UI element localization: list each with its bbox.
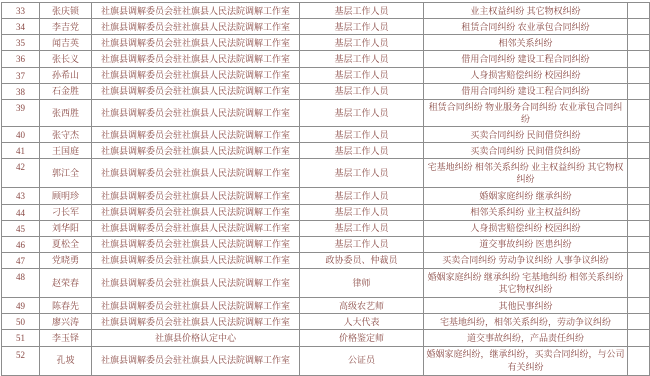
dispute-types: 业主权益纠纷 其它物权纠纷 — [424, 3, 628, 19]
role: 基层工作人员 — [300, 127, 424, 143]
role: 基层工作人员 — [300, 67, 424, 83]
mediator-name: 张西胜 — [40, 99, 92, 126]
empty-trailing-cell — [628, 51, 650, 67]
role: 基层工作人员 — [300, 236, 424, 252]
empty-trailing-cell — [628, 269, 650, 298]
table-row: 49 陈春先 社旗县调解委员会驻社旗县人民法院调解工作室 高级农艺师 其他民事纠… — [2, 298, 650, 314]
table-row: 36 张长义 社旗县调解委员会驻社旗县人民法院调解工作室 基层工作人员 借用合同… — [2, 51, 650, 67]
mediator-name: 张长义 — [40, 51, 92, 67]
mediator-name: 陈春先 — [40, 298, 92, 314]
mediator-table: 33 张庆锁 社旗县调解委员会驻社旗县人民法院调解工作室 基层工作人员 业主权益… — [1, 2, 650, 367]
table-row: 40 张守杰 社旗县调解委员会驻社旗县人民法院调解工作室 基层工作人员 买卖合同… — [2, 127, 650, 143]
mediator-name: 党晓勇 — [40, 252, 92, 268]
organization: 社旗县调解委员会驻社旗县人民法院调解工作室 — [92, 252, 300, 268]
table-row: 39 张西胜 社旗县调解委员会驻社旗县人民法院调解工作室 基层工作人员 租赁合同… — [2, 99, 650, 126]
organization: 社旗县调解委员会驻社旗县人民法院调解工作室 — [92, 83, 300, 99]
row-number: 48 — [2, 269, 40, 298]
dispute-types: 宅基地纠纷，相邻关系纠纷，劳动争议纠纷 — [424, 314, 628, 330]
empty-trailing-cell — [628, 330, 650, 346]
table-row: 37 孙希山 社旗县调解委员会驻社旗县人民法院调解工作室 基层工作人员 人身损害… — [2, 67, 650, 83]
empty-trailing-cell — [628, 19, 650, 35]
role: 基层工作人员 — [300, 143, 424, 159]
role: 律师 — [300, 269, 424, 298]
dispute-types: 婚姻家庭纠纷 继承纠纷 — [424, 188, 628, 204]
organization: 社旗县价格认定中心 — [92, 330, 300, 346]
role: 基层工作人员 — [300, 83, 424, 99]
role: 基层工作人员 — [300, 159, 424, 188]
mediator-name: 刘华阳 — [40, 220, 92, 236]
mediator-name: 李玉铎 — [40, 330, 92, 346]
empty-trailing-cell — [628, 159, 650, 188]
dispute-types: 借用合同纠纷 建设工程合同纠纷 — [424, 51, 628, 67]
empty-trailing-cell — [628, 35, 650, 51]
role: 基层工作人员 — [300, 220, 424, 236]
dispute-types: 租赁合同纠纷 物业服务合同纠纷 农业承包合同纠纷 — [424, 99, 628, 126]
role: 基层工作人员 — [300, 35, 424, 51]
row-number: 35 — [2, 35, 40, 51]
table-row: 33 张庆锁 社旗县调解委员会驻社旗县人民法院调解工作室 基层工作人员 业主权益… — [2, 3, 650, 19]
organization: 社旗县调解委员会驻社旗县人民法院调解工作室 — [92, 346, 300, 367]
table-row: 34 李吉党 社旗县调解委员会驻社旗县人民法院调解工作室 基层工作人员 租赁合同… — [2, 19, 650, 35]
table-row: 41 王国庭 社旗县调解委员会驻社旗县人民法院调解工作室 基层工作人员 买卖合同… — [2, 143, 650, 159]
mediator-name: 张守杰 — [40, 127, 92, 143]
organization: 社旗县调解委员会驻社旗县人民法院调解工作室 — [92, 188, 300, 204]
table-row: 42 郭江全 社旗县调解委员会驻社旗县人民法院调解工作室 基层工作人员 宅基地纠… — [2, 159, 650, 188]
table-row: 35 闻吉英 社旗县调解委员会驻社旗县人民法院调解工作室 基层工作人员 相邻关系… — [2, 35, 650, 51]
table-row: 46 夏松全 社旗县调解委员会驻社旗县人民法院调解工作室 基层工作人员 道交事故… — [2, 236, 650, 252]
mediator-roster: 33 张庆锁 社旗县调解委员会驻社旗县人民法院调解工作室 基层工作人员 业主权益… — [1, 2, 649, 367]
role: 人大代表 — [300, 314, 424, 330]
organization: 社旗县调解委员会驻社旗县人民法院调解工作室 — [92, 159, 300, 188]
table-row: 50 廖兴涛 社旗县调解委员会驻社旗县人民法院调解工作室 人大代表 宅基地纠纷，… — [2, 314, 650, 330]
row-number: 52 — [2, 346, 40, 367]
organization: 社旗县调解委员会驻社旗县人民法院调解工作室 — [92, 204, 300, 220]
mediator-name: 刁长军 — [40, 204, 92, 220]
empty-trailing-cell — [628, 127, 650, 143]
table-row: 43 顾明珍 社旗县调解委员会驻社旗县人民法院调解工作室 基层工作人员 婚姻家庭… — [2, 188, 650, 204]
table-row: 47 党晓勇 社旗县调解委员会驻社旗县人民法院调解工作室 政协委员、仲裁员 买卖… — [2, 252, 650, 268]
empty-trailing-cell — [628, 83, 650, 99]
row-number: 40 — [2, 127, 40, 143]
role: 公证员 — [300, 346, 424, 367]
dispute-types: 道交事故纠纷，产品责任纠纷 — [424, 330, 628, 346]
dispute-types: 其他民事纠纷 — [424, 298, 628, 314]
dispute-types: 相邻关系纠纷 业主权益纠纷 — [424, 204, 628, 220]
row-number: 41 — [2, 143, 40, 159]
dispute-types: 人身损害赔偿纠纷 校园纠纷 — [424, 220, 628, 236]
role: 基层工作人员 — [300, 19, 424, 35]
empty-trailing-cell — [628, 346, 650, 367]
role: 政协委员、仲裁员 — [300, 252, 424, 268]
empty-trailing-cell — [628, 220, 650, 236]
organization: 社旗县调解委员会驻社旗县人民法院调解工作室 — [92, 143, 300, 159]
row-number: 34 — [2, 19, 40, 35]
row-number: 51 — [2, 330, 40, 346]
dispute-types: 相邻关系纠纷 — [424, 35, 628, 51]
role: 基层工作人员 — [300, 3, 424, 19]
organization: 社旗县调解委员会驻社旗县人民法院调解工作室 — [92, 51, 300, 67]
row-number: 43 — [2, 188, 40, 204]
empty-trailing-cell — [628, 188, 650, 204]
mediator-name: 赵荣春 — [40, 269, 92, 298]
organization: 社旗县调解委员会驻社旗县人民法院调解工作室 — [92, 35, 300, 51]
table-row: 44 刁长军 社旗县调解委员会驻社旗县人民法院调解工作室 基层工作人员 相邻关系… — [2, 204, 650, 220]
table-row: 51 李玉铎 社旗县价格认定中心 价格鉴定师 道交事故纠纷，产品责任纠纷 — [2, 330, 650, 346]
mediator-name: 孔坡 — [40, 346, 92, 367]
dispute-types: 买卖合同纠纷 劳动争议纠纷 人事争议纠纷 — [424, 252, 628, 268]
table-row: 45 刘华阳 社旗县调解委员会驻社旗县人民法院调解工作室 基层工作人员 人身损害… — [2, 220, 650, 236]
dispute-types: 宅基地纠纷 相邻关系纠纷 业主权益纠纷 其它物权纠纷 — [424, 159, 628, 188]
empty-trailing-cell — [628, 252, 650, 268]
mediator-name: 李吉党 — [40, 19, 92, 35]
empty-trailing-cell — [628, 3, 650, 19]
mediator-name: 夏松全 — [40, 236, 92, 252]
row-number: 36 — [2, 51, 40, 67]
empty-trailing-cell — [628, 67, 650, 83]
organization: 社旗县调解委员会驻社旗县人民法院调解工作室 — [92, 99, 300, 126]
row-number: 39 — [2, 99, 40, 126]
role: 基层工作人员 — [300, 204, 424, 220]
row-number: 33 — [2, 3, 40, 19]
role: 基层工作人员 — [300, 99, 424, 126]
organization: 社旗县调解委员会驻社旗县人民法院调解工作室 — [92, 3, 300, 19]
mediator-name: 闻吉英 — [40, 35, 92, 51]
role: 基层工作人员 — [300, 188, 424, 204]
row-number: 47 — [2, 252, 40, 268]
organization: 社旗县调解委员会驻社旗县人民法院调解工作室 — [92, 127, 300, 143]
row-number: 50 — [2, 314, 40, 330]
empty-trailing-cell — [628, 143, 650, 159]
organization: 社旗县调解委员会驻社旗县人民法院调解工作室 — [92, 298, 300, 314]
row-number: 37 — [2, 67, 40, 83]
row-number: 42 — [2, 159, 40, 188]
mediator-name: 王国庭 — [40, 143, 92, 159]
organization: 社旗县调解委员会驻社旗县人民法院调解工作室 — [92, 19, 300, 35]
dispute-types: 买卖合同纠纷 民间借贷纠纷 — [424, 143, 628, 159]
empty-trailing-cell — [628, 298, 650, 314]
organization: 社旗县调解委员会驻社旗县人民法院调解工作室 — [92, 269, 300, 298]
mediator-name: 张庆锁 — [40, 3, 92, 19]
table-row: 52 孔坡 社旗县调解委员会驻社旗县人民法院调解工作室 公证员 婚姻家庭纠纷，继… — [2, 346, 650, 367]
role: 基层工作人员 — [300, 51, 424, 67]
organization: 社旗县调解委员会驻社旗县人民法院调解工作室 — [92, 236, 300, 252]
table-row: 48 赵荣春 社旗县调解委员会驻社旗县人民法院调解工作室 律师 婚姻家庭纠纷 继… — [2, 269, 650, 298]
dispute-types: 借用合同纠纷 建设工程合同纠纷 — [424, 83, 628, 99]
organization: 社旗县调解委员会驻社旗县人民法院调解工作室 — [92, 220, 300, 236]
dispute-types: 买卖合同纠纷 民间借贷纠纷 — [424, 127, 628, 143]
row-number: 45 — [2, 220, 40, 236]
empty-trailing-cell — [628, 99, 650, 126]
organization: 社旗县调解委员会驻社旗县人民法院调解工作室 — [92, 314, 300, 330]
table-row: 38 石金胜 社旗县调解委员会驻社旗县人民法院调解工作室 基层工作人员 借用合同… — [2, 83, 650, 99]
mediator-name: 廖兴涛 — [40, 314, 92, 330]
dispute-types: 租赁合同纠纷 农业承包合同纠纷 — [424, 19, 628, 35]
empty-trailing-cell — [628, 236, 650, 252]
mediator-name: 郭江全 — [40, 159, 92, 188]
role: 价格鉴定师 — [300, 330, 424, 346]
mediator-name: 顾明珍 — [40, 188, 92, 204]
empty-trailing-cell — [628, 204, 650, 220]
mediator-name: 石金胜 — [40, 83, 92, 99]
dispute-types: 婚姻家庭纠纷，继承纠纷，买卖合同纠纷，与公司有关纠纷 — [424, 346, 628, 367]
dispute-types: 人身损害赔偿纠纷 校园纠纷 — [424, 67, 628, 83]
empty-trailing-cell — [628, 314, 650, 330]
row-number: 44 — [2, 204, 40, 220]
row-number: 38 — [2, 83, 40, 99]
row-number: 49 — [2, 298, 40, 314]
row-number: 46 — [2, 236, 40, 252]
organization: 社旗县调解委员会驻社旗县人民法院调解工作室 — [92, 67, 300, 83]
mediator-name: 孙希山 — [40, 67, 92, 83]
dispute-types: 婚姻家庭纠纷 继承纠纷 宅基地纠纷 相邻关系纠纷 其它物权纠纷 — [424, 269, 628, 298]
role: 高级农艺师 — [300, 298, 424, 314]
dispute-types: 道交事故纠纷 医患纠纷 — [424, 236, 628, 252]
